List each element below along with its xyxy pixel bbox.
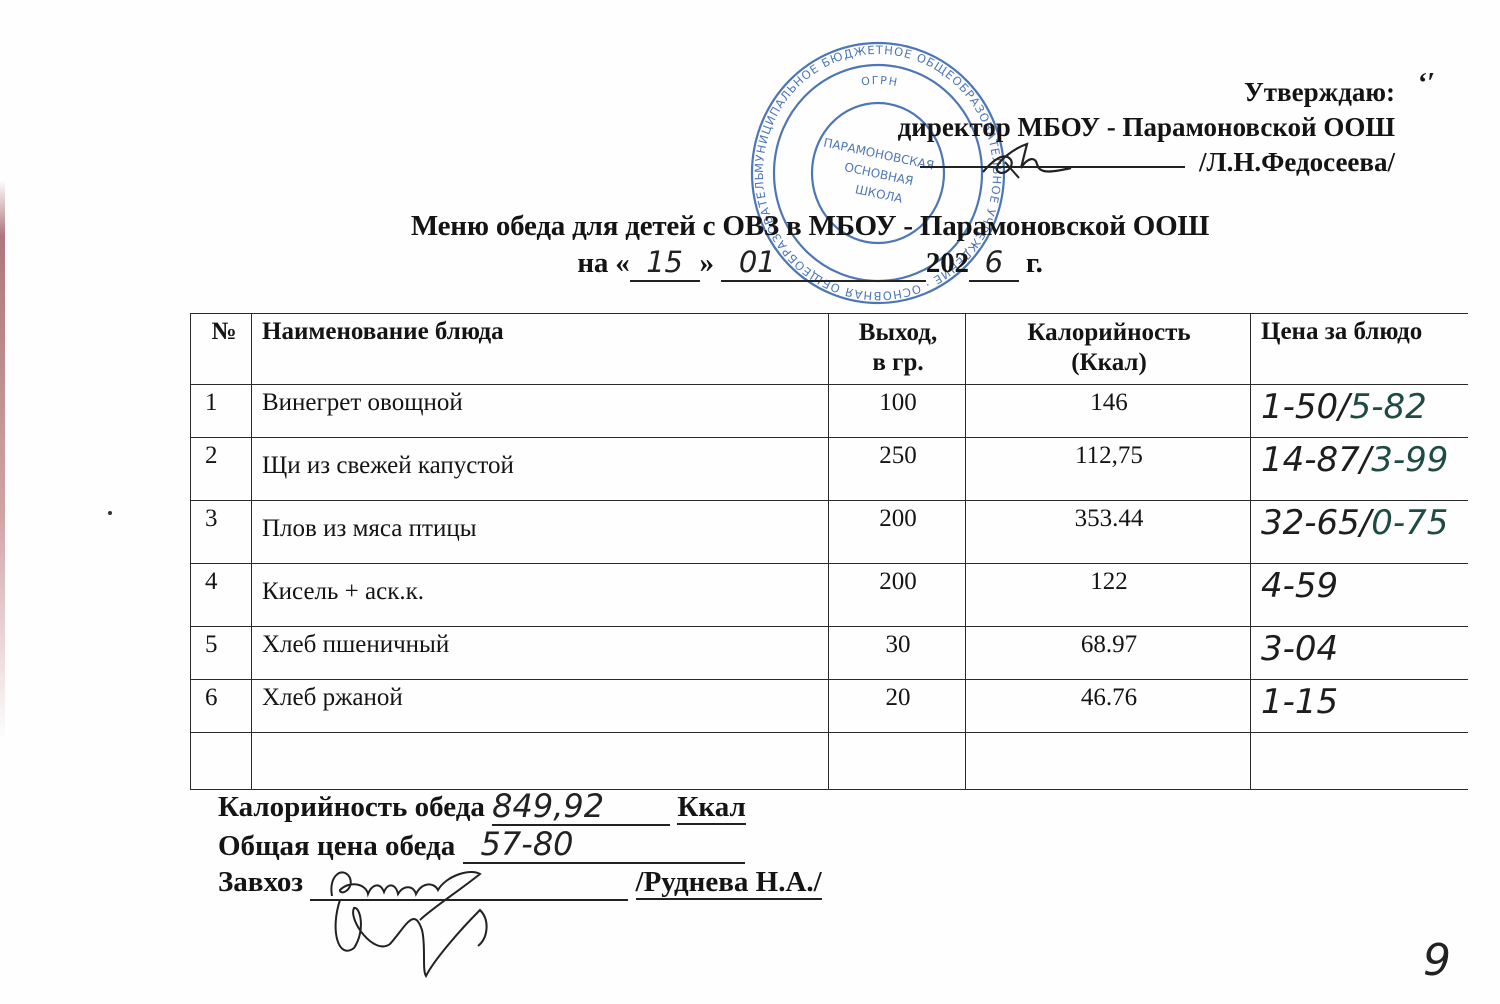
date-suffix: г. bbox=[1026, 247, 1043, 279]
row-num: 4 bbox=[191, 564, 252, 627]
row-calories: 122 bbox=[966, 564, 1251, 627]
row-price: 32-65/0-75 bbox=[1251, 501, 1469, 564]
row-price: 3-04 bbox=[1251, 627, 1469, 680]
row-dish-name bbox=[252, 733, 829, 790]
svg-text:ОГРН: ОГРН bbox=[860, 74, 899, 89]
approval-block: Утверждаю: директор МБОУ - Парамоновской… bbox=[898, 75, 1395, 180]
table-row: 5Хлеб пшеничный3068.973-04 bbox=[191, 627, 1469, 680]
summary-block: Калорийность обеда 849,92 Ккал Общая цен… bbox=[218, 788, 822, 901]
header-price: Цена за блюдо bbox=[1251, 314, 1469, 385]
row-calories: 353.44 bbox=[966, 501, 1251, 564]
table-row: 3Плов из мяса птицы200353.4432-65/0-75 bbox=[191, 501, 1469, 564]
row-num: 5 bbox=[191, 627, 252, 680]
date-month: 01 bbox=[721, 244, 926, 282]
row-dish-name: Винегрет овощной bbox=[252, 385, 829, 438]
total-calories-value: 849,92 bbox=[492, 788, 670, 826]
storekeeper-label: Завхоз bbox=[218, 866, 303, 898]
page-number: 9 bbox=[1423, 935, 1451, 986]
table-row: 1Винегрет овощной1001461-50/5-82 bbox=[191, 385, 1469, 438]
row-output: 200 bbox=[829, 564, 966, 627]
row-dish-name: Щи из свежей капустой bbox=[252, 438, 829, 501]
row-price: 1-50/5-82 bbox=[1251, 385, 1469, 438]
row-price: 4-59 bbox=[1251, 564, 1469, 627]
storekeeper-name: /Руднева Н.А./ bbox=[636, 866, 822, 900]
date-year-suffix: 6 bbox=[969, 244, 1019, 282]
director-name: /Л.Н.Федосеева/ bbox=[1199, 147, 1395, 177]
row-calories: 112,75 bbox=[966, 438, 1251, 501]
row-calories bbox=[966, 733, 1251, 790]
total-calories-row: Калорийность обеда 849,92 Ккал bbox=[218, 788, 822, 826]
total-calories-unit: Ккал bbox=[677, 791, 745, 825]
menu-title-line: Меню обеда для детей с ОВЗ в МБОУ - Пара… bbox=[0, 208, 1500, 244]
total-price-value: 57-80 bbox=[463, 826, 745, 864]
table-header-row: № Наименование блюда Выход,в гр. Калорий… bbox=[191, 314, 1469, 385]
menu-table: № Наименование блюда Выход,в гр. Калорий… bbox=[190, 313, 1468, 790]
row-output: 20 bbox=[829, 680, 966, 733]
header-calories: Калорийность(Ккал) bbox=[966, 314, 1251, 385]
approval-position: директор МБОУ - Парамоновской ООШ bbox=[898, 110, 1395, 145]
approval-heading: Утверждаю: bbox=[898, 75, 1395, 110]
row-num: 6 bbox=[191, 680, 252, 733]
header-output: Выход,в гр. bbox=[829, 314, 966, 385]
row-dish-name: Хлеб пшеничный bbox=[252, 627, 829, 680]
table-row bbox=[191, 733, 1469, 790]
row-num bbox=[191, 733, 252, 790]
row-output: 100 bbox=[829, 385, 966, 438]
row-dish-name: Плов из мяса птицы bbox=[252, 501, 829, 564]
menu-date-line: на «15» 012026 г. bbox=[0, 244, 1500, 282]
row-output: 200 bbox=[829, 501, 966, 564]
date-day: 15 bbox=[630, 244, 700, 282]
table-row: 6Хлеб ржаной2046.761-15 bbox=[191, 680, 1469, 733]
total-calories-label: Калорийность обеда bbox=[218, 791, 485, 823]
row-num: 2 bbox=[191, 438, 252, 501]
header-dish-name: Наименование блюда bbox=[252, 314, 829, 385]
date-prefix: на « bbox=[577, 247, 629, 279]
row-output bbox=[829, 733, 966, 790]
row-output: 250 bbox=[829, 438, 966, 501]
row-price: 1-15 bbox=[1251, 680, 1469, 733]
stamp-inner-text: ОГРН bbox=[860, 74, 899, 89]
header-num: № bbox=[191, 314, 252, 385]
date-year-prefix: 202 bbox=[926, 247, 969, 279]
row-calories: 68.97 bbox=[966, 627, 1251, 680]
row-calories: 146 bbox=[966, 385, 1251, 438]
date-quote-close: » bbox=[700, 247, 714, 279]
row-price: 14-87/3-99 bbox=[1251, 438, 1469, 501]
row-dish-name: Кисель + аск.к. bbox=[252, 564, 829, 627]
scan-speck bbox=[108, 511, 112, 515]
row-num: 1 bbox=[191, 385, 252, 438]
table-row: 2Щи из свежей капустой250112,7514-87/3-9… bbox=[191, 438, 1469, 501]
total-price-row: Общая цена обеда 57-80 bbox=[218, 826, 822, 864]
approval-check-mark: ʻ′ bbox=[1418, 68, 1435, 100]
director-signature-line bbox=[920, 166, 1185, 168]
storekeeper-signature-line bbox=[310, 869, 628, 901]
storekeeper-row: Завхоз /Руднева Н.А./ bbox=[218, 864, 822, 901]
row-num: 3 bbox=[191, 501, 252, 564]
approval-signature-row: /Л.Н.Федосеева/ bbox=[898, 145, 1395, 180]
stamp-center-line-3: ШКОЛА bbox=[854, 182, 905, 206]
total-price-label: Общая цена обеда bbox=[218, 830, 455, 862]
table-row: 4Кисель + аск.к.2001224-59 bbox=[191, 564, 1469, 627]
row-dish-name: Хлеб ржаной bbox=[252, 680, 829, 733]
row-calories: 46.76 bbox=[966, 680, 1251, 733]
menu-title: Меню обеда для детей с ОВЗ в МБОУ - Пара… bbox=[0, 208, 1500, 282]
row-price bbox=[1251, 733, 1469, 790]
row-output: 30 bbox=[829, 627, 966, 680]
